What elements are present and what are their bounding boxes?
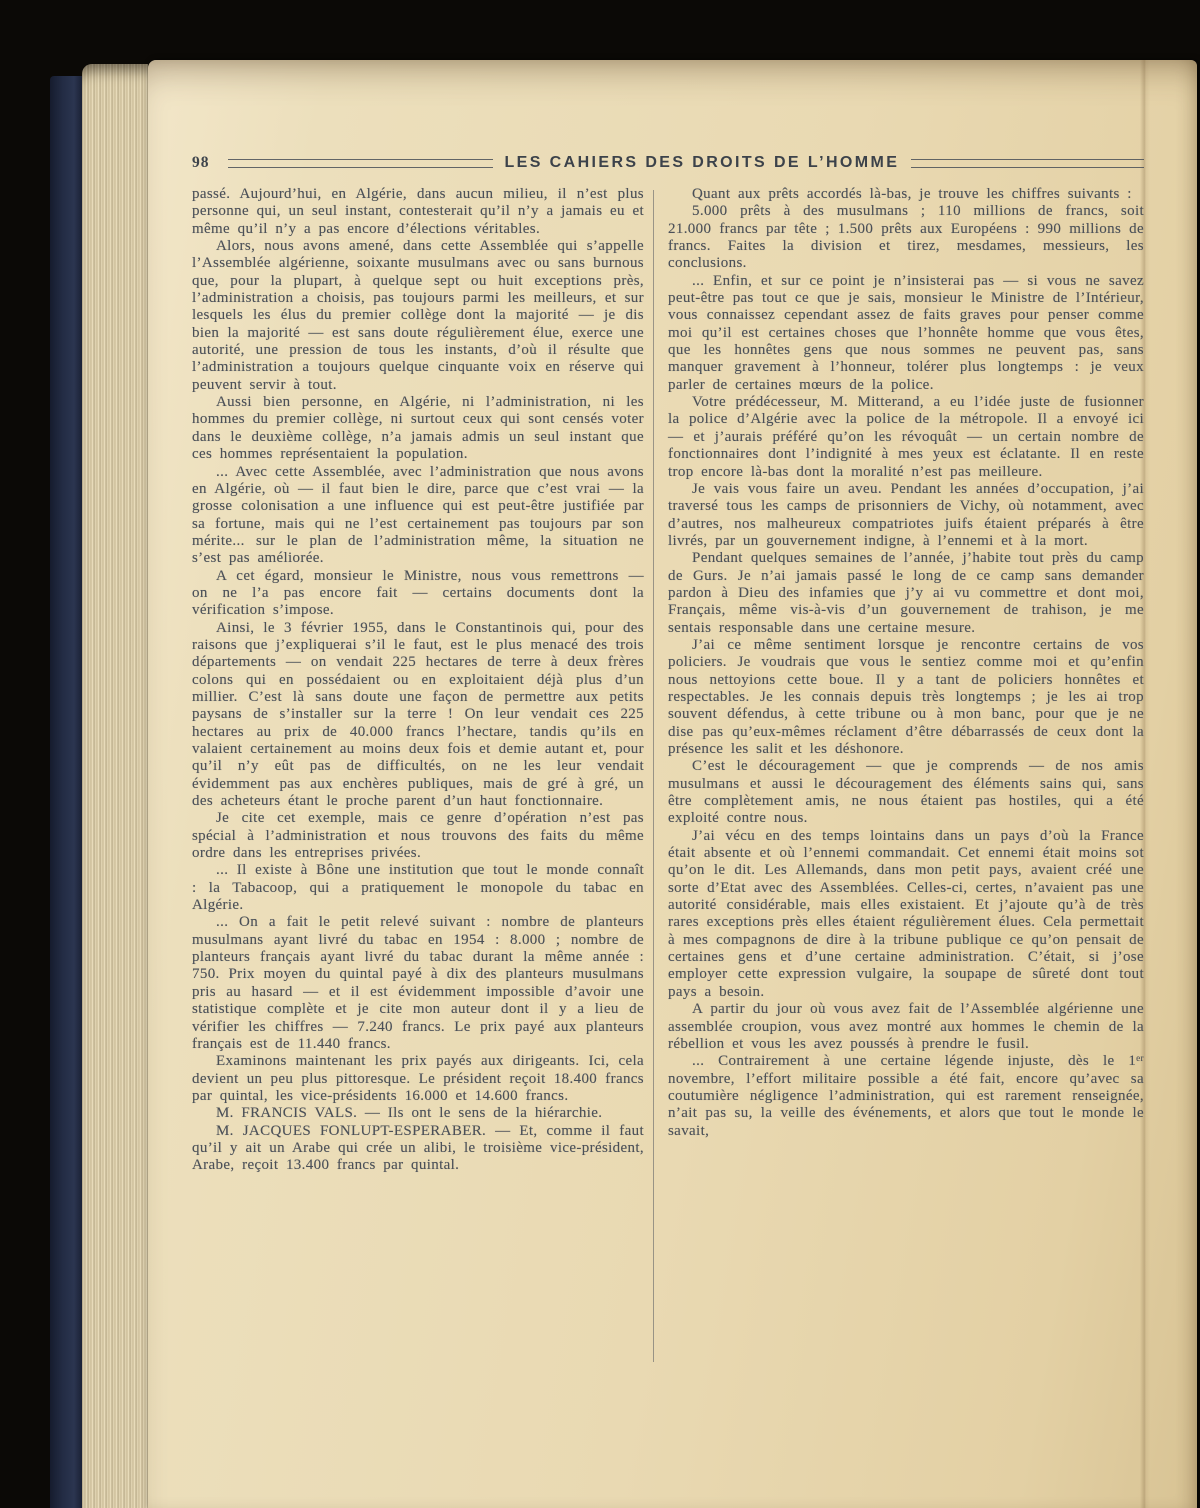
text-columns: passé. Aujourd’hui, en Algérie, dans auc… (192, 186, 1144, 1175)
paragraph: Votre prédécesseur, M. Mitterand, a eu l… (668, 394, 1144, 481)
photo-background: 98 LES CAHIERS DES DROITS DE L’HOMME pas… (0, 0, 1200, 1508)
header-rule-right (911, 159, 1144, 168)
paragraph: Pendant quelques semaines de l’année, j’… (668, 550, 1144, 637)
book-page: 98 LES CAHIERS DES DROITS DE L’HOMME pas… (148, 60, 1197, 1508)
paragraph: Examinons maintenant les prix payés aux … (192, 1053, 644, 1105)
paragraph: C’est le découragement — que je comprend… (668, 758, 1144, 827)
paragraph: J’ai vécu en des temps lointains dans un… (668, 828, 1144, 1001)
paragraph: ... On a fait le petit relevé suivant : … (192, 914, 644, 1053)
paragraph: Aussi bien personne, en Algérie, ni l’ad… (192, 394, 644, 463)
paragraph: M. JACQUES FONLUPT-ESPERABER. — Et, comm… (192, 1123, 644, 1175)
paragraph: ... Avec cette Assemblée, avec l’adminis… (192, 464, 644, 568)
page-stack-edge (82, 64, 148, 1508)
page-header: 98 LES CAHIERS DES DROITS DE L’HOMME (192, 152, 1144, 174)
journal-title: LES CAHIERS DES DROITS DE L’HOMME (493, 154, 912, 172)
paragraph: A cet égard, monsieur le Ministre, nous … (192, 568, 644, 620)
paragraph: ... Enfin, et sur ce point je n’insister… (668, 273, 1144, 394)
paragraph: 5.000 prêts à des musulmans ; 110 millio… (668, 203, 1144, 272)
book-cover-edge (50, 76, 82, 1508)
right-column: Quant aux prêts accordés là-bas, je trou… (668, 186, 1144, 1175)
paragraph: Ainsi, le 3 février 1955, dans le Consta… (192, 620, 644, 811)
left-column: passé. Aujourd’hui, en Algérie, dans auc… (192, 186, 644, 1175)
paragraph: Je cite cet exemple, mais ce genre d’opé… (192, 810, 644, 862)
paragraph: ... Il existe à Bône une institution que… (192, 862, 644, 914)
paragraph: A partir du jour où vous avez fait de l’… (668, 1001, 1144, 1053)
paragraph: passé. Aujourd’hui, en Algérie, dans auc… (192, 186, 644, 238)
paragraph: Quant aux prêts accordés là-bas, je trou… (668, 186, 1144, 203)
paragraph: ... Contrairement à une certaine légende… (668, 1053, 1144, 1140)
page-number: 98 (192, 154, 210, 172)
header-rule-left (228, 159, 493, 168)
paragraph: M. FRANCIS VALS. — Ils ont le sens de la… (192, 1105, 644, 1122)
paragraph: Je vais vous faire un aveu. Pendant les … (668, 481, 1144, 550)
paragraph: Alors, nous avons amené, dans cette Asse… (192, 238, 644, 394)
paragraph: J’ai ce même sentiment lorsque je rencon… (668, 637, 1144, 758)
